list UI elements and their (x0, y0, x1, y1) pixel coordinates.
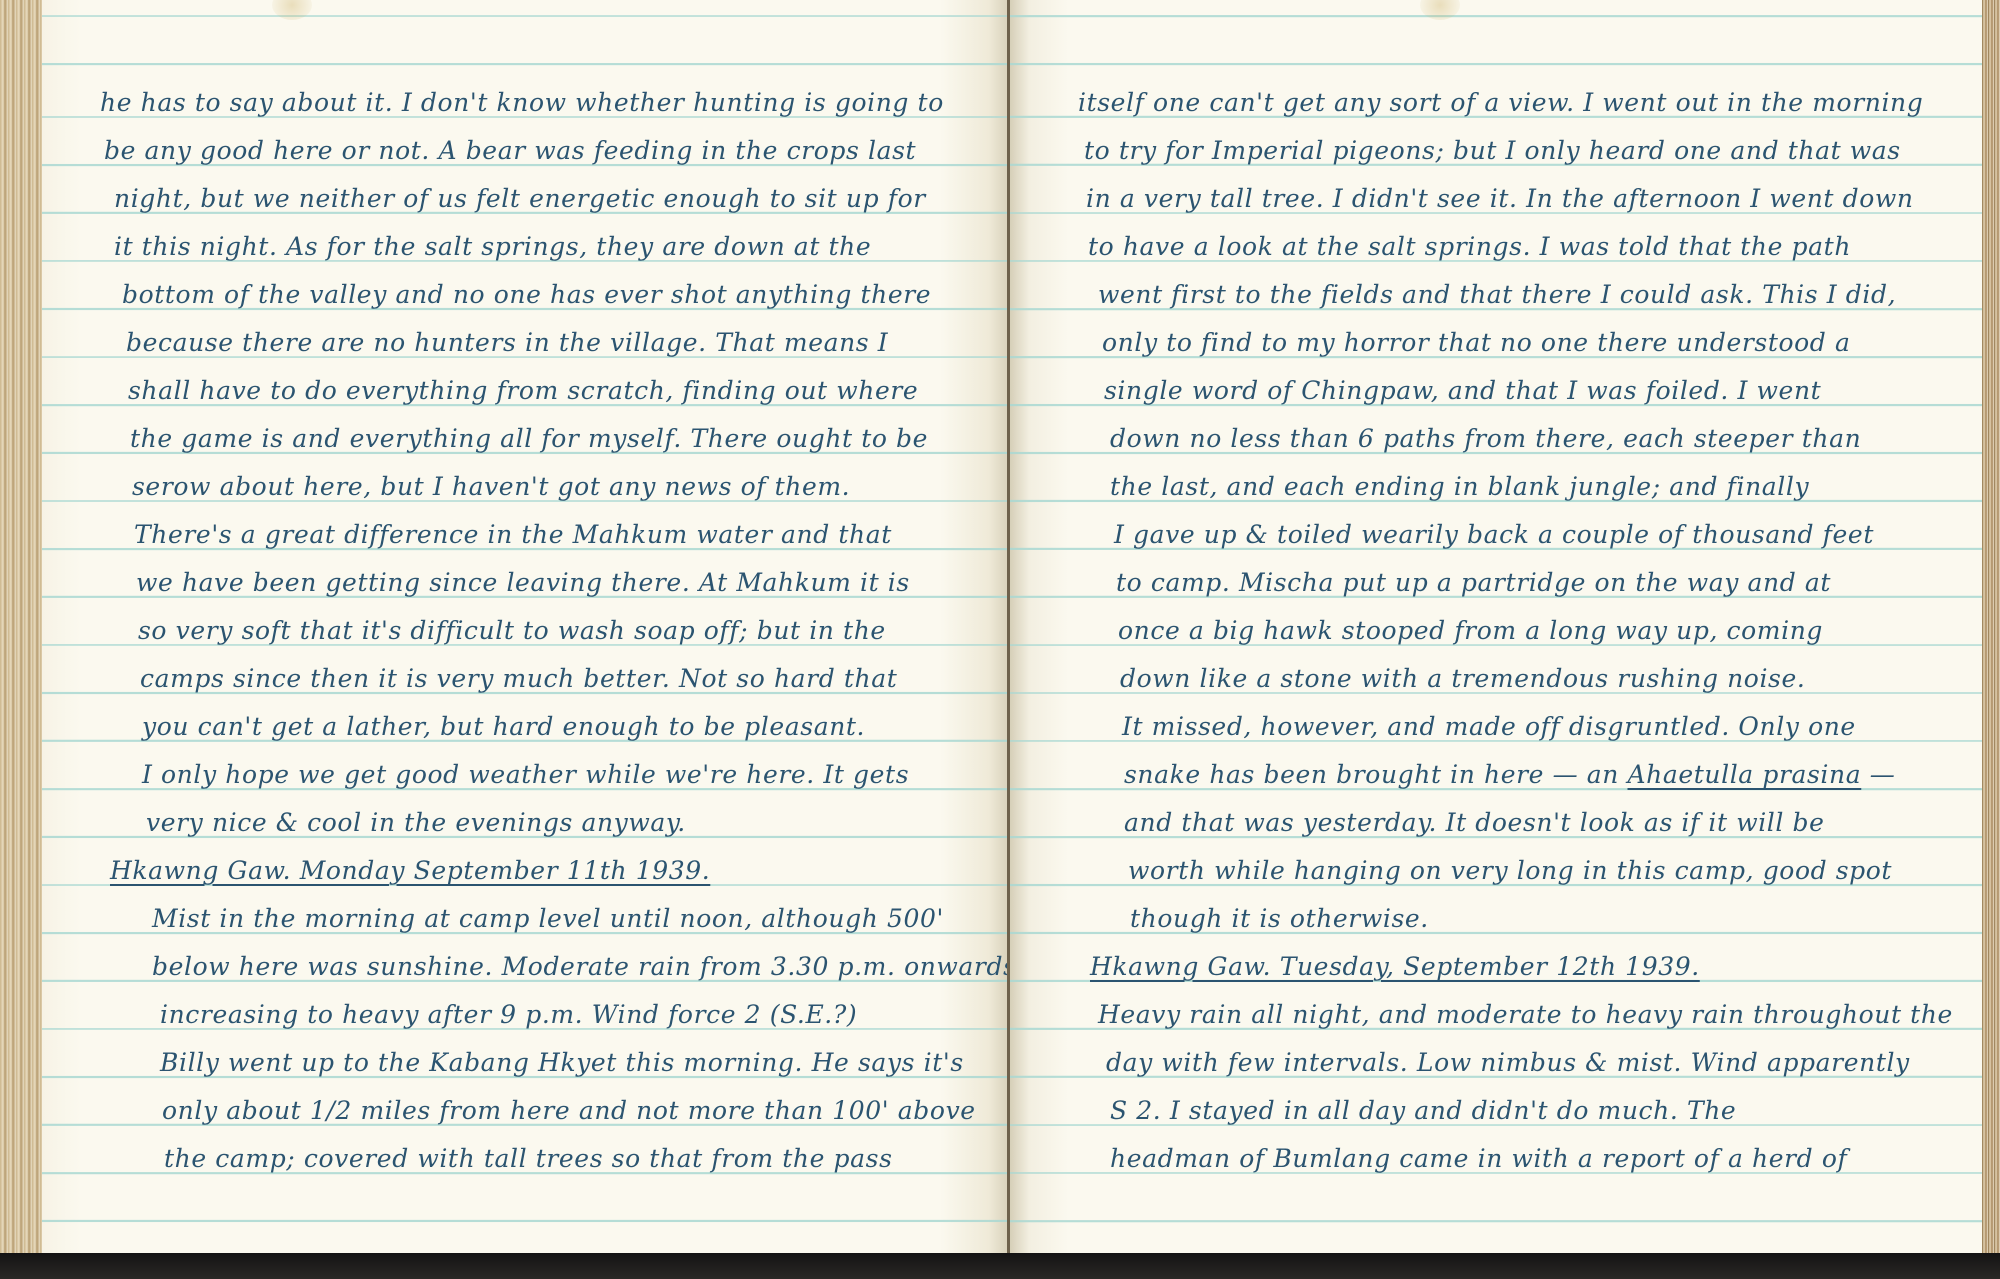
text-line: only about 1/2 miles from here and not m… (162, 1096, 976, 1126)
text-line: the camp; covered with tall trees so tha… (164, 1144, 893, 1174)
text-line: so very soft that it's difficult to wash… (138, 616, 886, 646)
text-line: once a big hawk stooped from a long way … (1118, 616, 1823, 646)
text-line: worth while hanging on very long in this… (1128, 856, 1892, 886)
text-line: headman of Bumlang came in with a report… (1110, 1144, 1847, 1174)
text-line: itself one can't get any sort of a view.… (1078, 88, 1923, 118)
text-line: very nice & cool in the evenings anyway. (146, 808, 686, 838)
text-line: it this night. As for the salt springs, … (114, 232, 871, 262)
text-line-with-species: snake has been brought in here — an Ahae… (1124, 760, 1895, 790)
left-page-stack-edge (0, 0, 42, 1253)
text-line: shall have to do everything from scratch… (128, 376, 918, 406)
text-line: though it is otherwise. (1130, 904, 1429, 934)
text-line: night, but we neither of us felt energet… (114, 184, 926, 214)
diary-entry-heading: Hkawng Gaw. Tuesday, September 12th 1939… (1090, 952, 1700, 982)
text-line: and that was yesterday. It doesn't look … (1124, 808, 1825, 838)
text-fragment: snake has been brought in here — an (1124, 760, 1628, 789)
text-line: There's a great difference in the Mahkum… (134, 520, 892, 550)
text-line: I only hope we get good weather while we… (142, 760, 909, 790)
text-line: the game is and everything all for mysel… (130, 424, 928, 454)
left-page: he has to say about it. I don't know whe… (42, 0, 1008, 1253)
text-line: serow about here, but I haven't got any … (132, 472, 850, 502)
diary-entry-heading: Hkawng Gaw. Monday September 11th 1939. (110, 856, 710, 886)
text-line: Mist in the morning at camp level until … (152, 904, 944, 934)
text-line: to camp. Mischa put up a partridge on th… (1116, 568, 1831, 598)
text-line: the last, and each ending in blank jungl… (1110, 472, 1809, 502)
text-line: increasing to heavy after 9 p.m. Wind fo… (160, 1000, 857, 1030)
text-line: only to find to my horror that no one th… (1102, 328, 1850, 358)
text-line: he has to say about it. I don't know whe… (100, 88, 944, 118)
text-line: bottom of the valley and no one has ever… (122, 280, 931, 310)
text-line: because there are no hunters in the vill… (126, 328, 888, 358)
text-line: you can't get a lather, but hard enough … (142, 712, 865, 742)
text-line: Heavy rain all night, and moderate to he… (1098, 1000, 1953, 1030)
text-fragment: — (1861, 760, 1895, 789)
text-line: down no less than 6 paths from there, ea… (1110, 424, 1861, 454)
text-line: I gave up & toiled wearily back a couple… (1114, 520, 1874, 550)
text-line: It missed, however, and made off disgrun… (1122, 712, 1856, 742)
text-line: to try for Imperial pigeons; but I only … (1084, 136, 1901, 166)
right-page-stack-edge (1982, 0, 2000, 1253)
text-line: down like a stone with a tremendous rush… (1120, 664, 1805, 694)
text-line: Billy went up to the Kabang Hkyet this m… (160, 1048, 964, 1078)
right-page: itself one can't get any sort of a view.… (1010, 0, 1982, 1253)
text-line: S 2. I stayed in all day and didn't do m… (1110, 1096, 1736, 1126)
text-line: to have a look at the salt springs. I wa… (1088, 232, 1851, 262)
text-line: in a very tall tree. I didn't see it. In… (1086, 184, 1914, 214)
table-surface (0, 1253, 2000, 1279)
text-line: day with few intervals. Low nimbus & mis… (1106, 1048, 1910, 1078)
text-line: we have been getting since leaving there… (136, 568, 910, 598)
text-line: single word of Chingpaw, and that I was … (1104, 376, 1821, 406)
text-line: below here was sunshine. Moderate rain f… (152, 952, 1008, 982)
text-line: camps since then it is very much better.… (140, 664, 897, 694)
species-name: Ahaetulla prasina (1628, 760, 1862, 789)
text-line: be any good here or not. A bear was feed… (104, 136, 916, 166)
text-line: went first to the fields and that there … (1098, 280, 1896, 310)
